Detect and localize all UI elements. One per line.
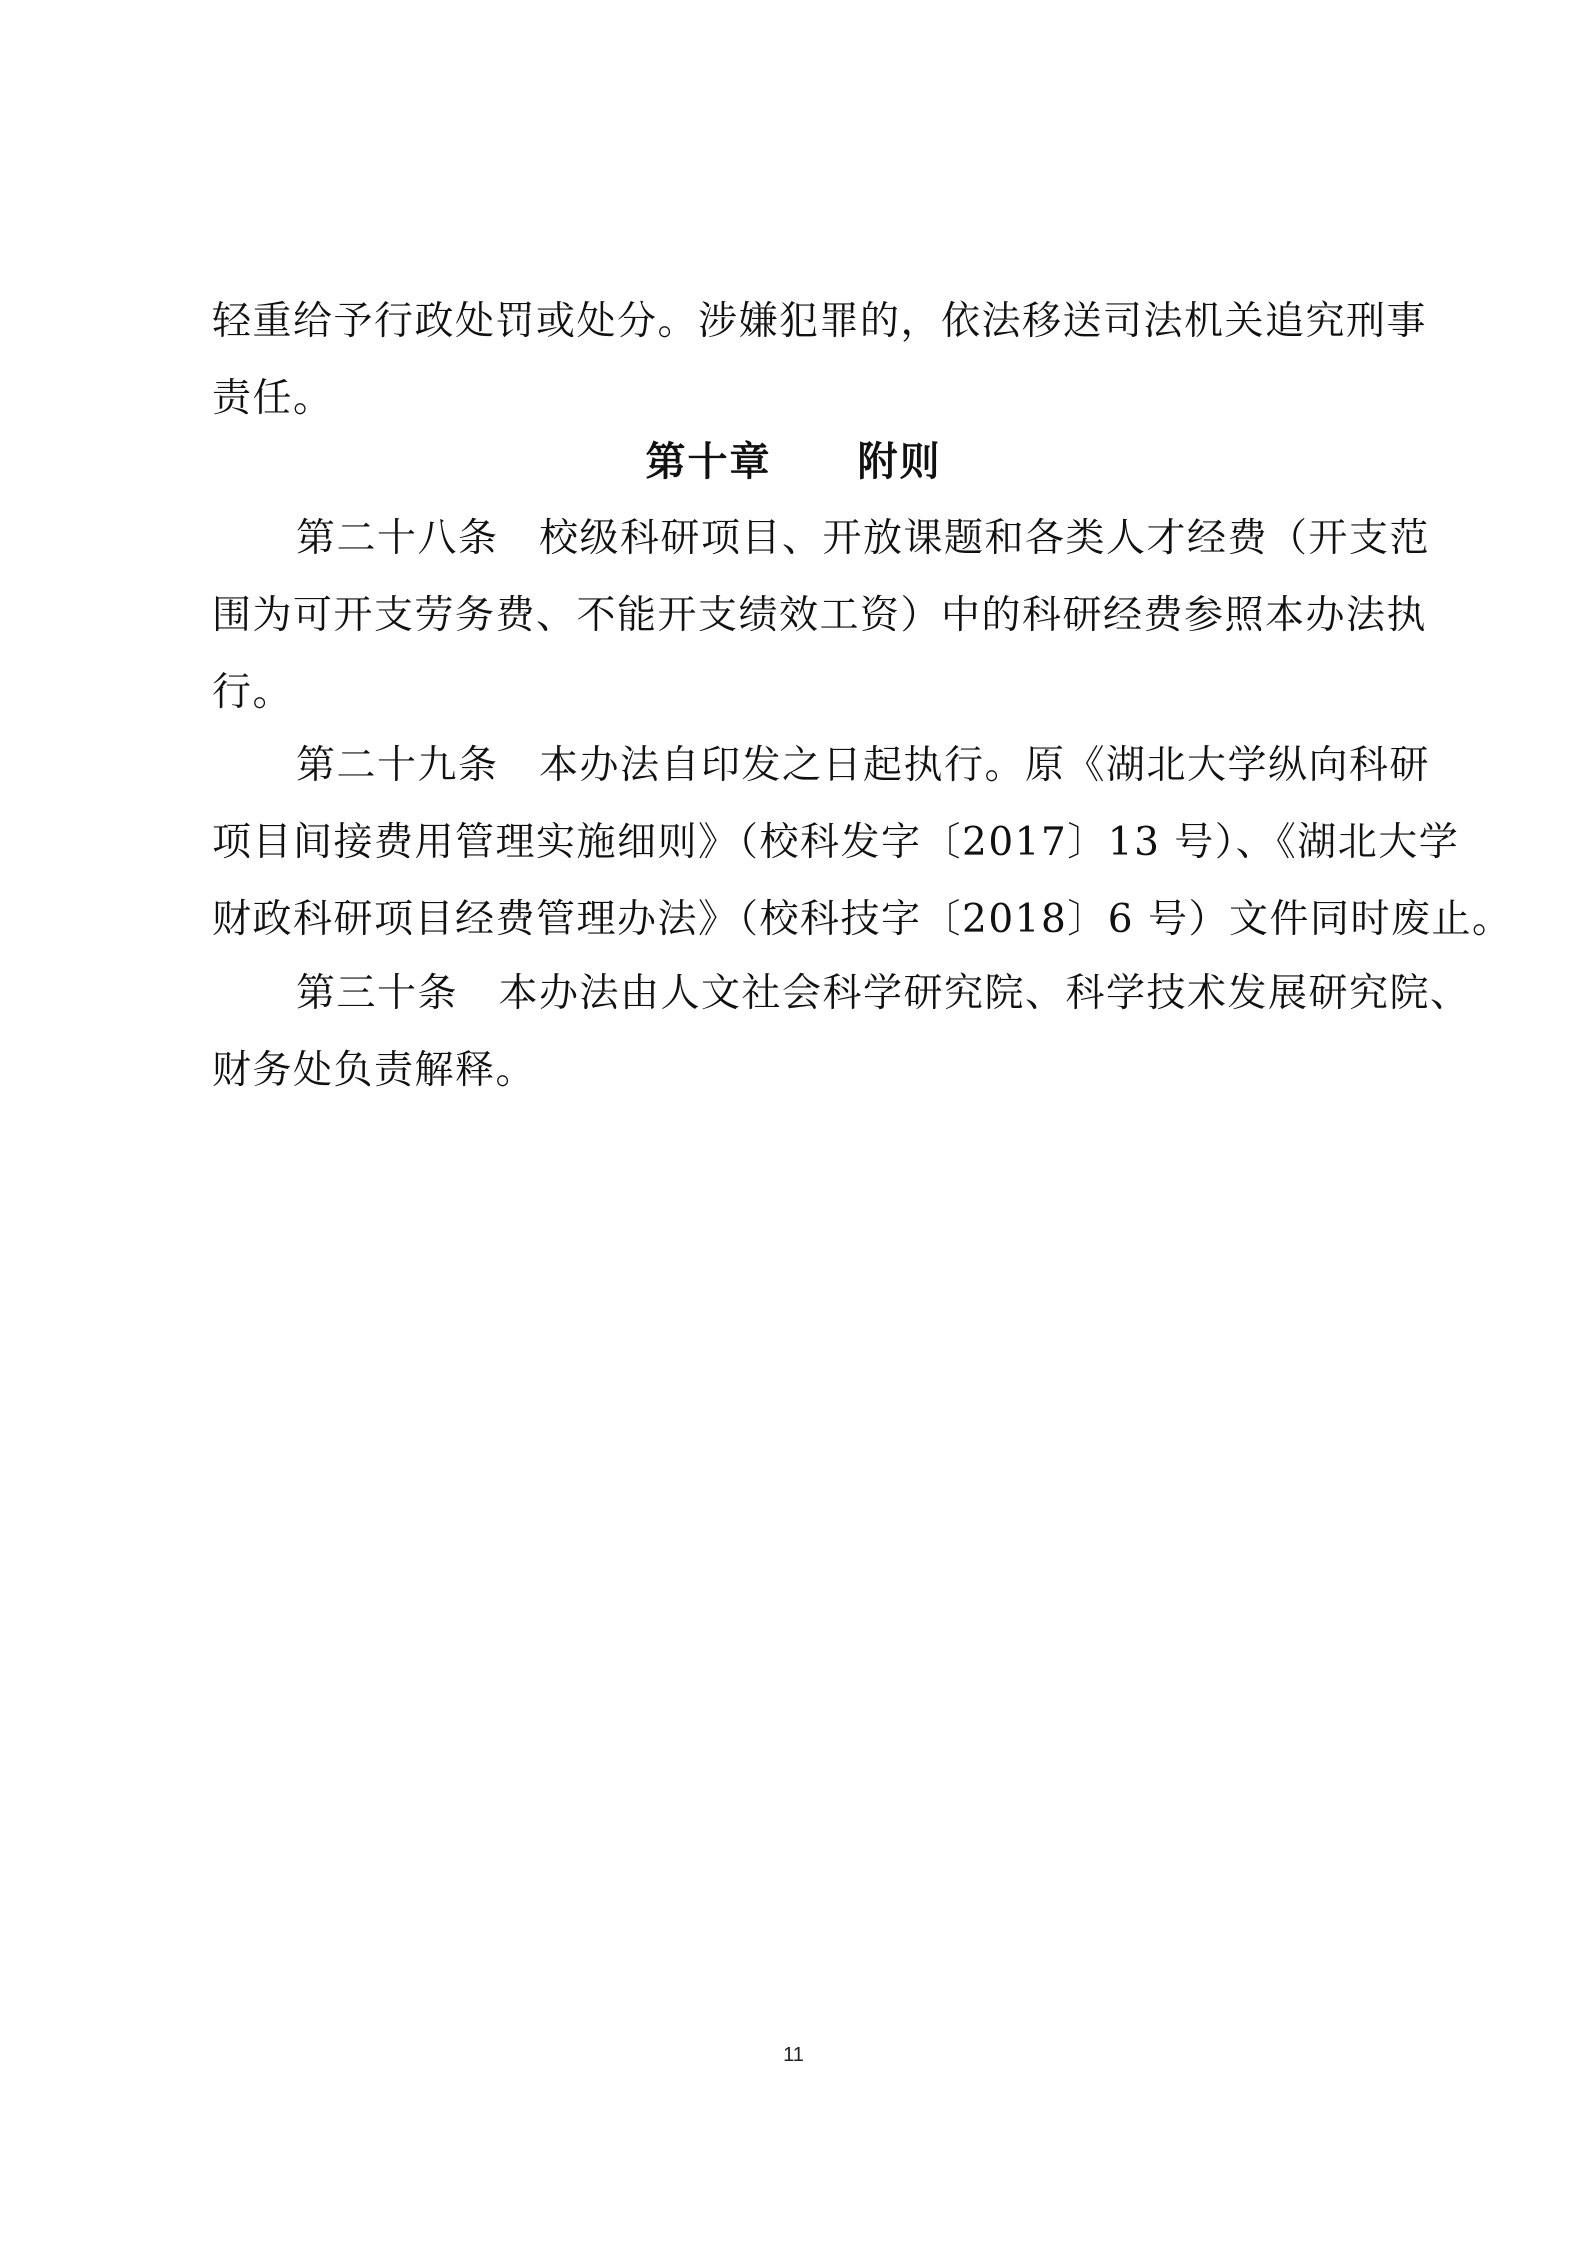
chapter-title: 附则 (858, 439, 942, 485)
paragraph-line: 第二十八条 校级科研项目、开放课题和各类人才经费（开支范 (212, 500, 1402, 577)
document-page: 轻重给予行政处罚或处分。涉嫌犯罪的，依法移送司法机关追究刑事 责任。 第十章附则… (0, 0, 1587, 2245)
chapter-heading: 第十章附则 (0, 432, 1587, 492)
chapter-number: 第十章 (646, 439, 772, 485)
paragraph-line: 围为可开支劳务费、不能开支绩效工资）中的科研经费参照本办法执 (212, 577, 1402, 654)
paragraph-line: 行。 (212, 654, 1402, 731)
paragraph-line: 财政科研项目经费管理办法》（校科技字〔2018〕6 号）文件同时废止。 (212, 881, 1402, 958)
article-30: 第三十条 本办法由人文社会科学研究院、科学技术发展研究院、 财务处负责解释。 (212, 955, 1402, 1109)
article-28: 第二十八条 校级科研项目、开放课题和各类人才经费（开支范 围为可开支劳务费、不能… (212, 500, 1402, 731)
paragraph-line: 责任。 (212, 360, 1402, 437)
paragraph-line: 项目间接费用管理实施细则》（校科发字〔2017〕13 号）、《湖北大学 (212, 804, 1402, 881)
paragraph-line: 财务处负责解释。 (212, 1032, 1402, 1109)
paragraph-line: 轻重给予行政处罚或处分。涉嫌犯罪的，依法移送司法机关追究刑事 (212, 283, 1402, 360)
paragraph-line: 第二十九条 本办法自印发之日起执行。原《湖北大学纵向科研 (212, 727, 1402, 804)
paragraph-continuation: 轻重给予行政处罚或处分。涉嫌犯罪的，依法移送司法机关追究刑事 责任。 (212, 283, 1402, 437)
paragraph-line: 第三十条 本办法由人文社会科学研究院、科学技术发展研究院、 (212, 955, 1402, 1032)
article-29: 第二十九条 本办法自印发之日起执行。原《湖北大学纵向科研 项目间接费用管理实施细… (212, 727, 1402, 958)
page-number: 11 (0, 2043, 1587, 2067)
